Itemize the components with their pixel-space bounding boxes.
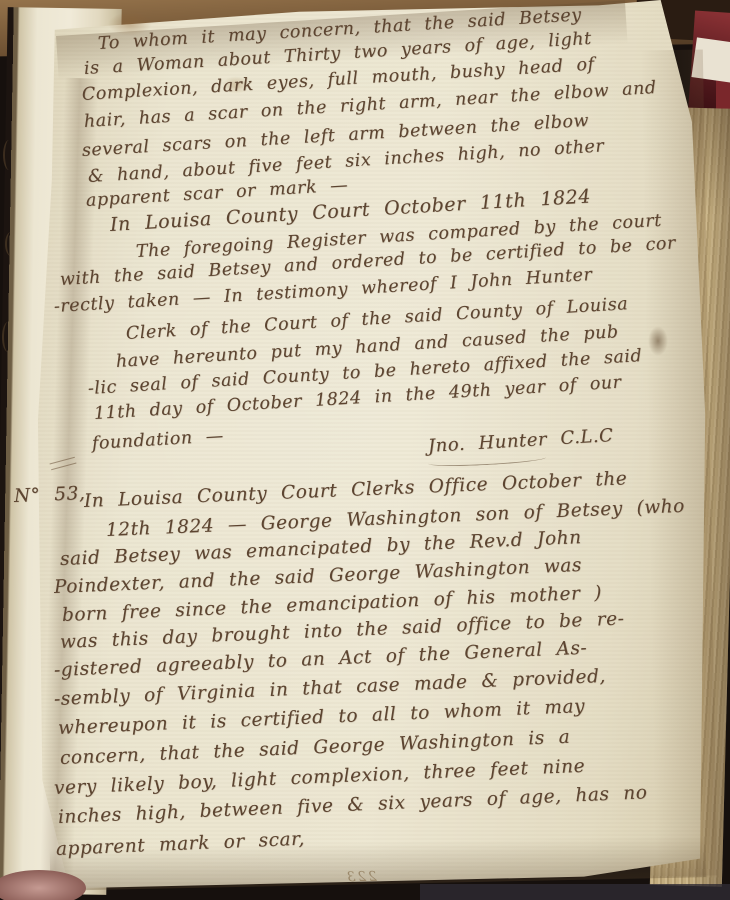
page-number-bleedthrough: 223: [345, 869, 377, 886]
ghost-writing-mark: [5, 232, 17, 256]
bottom-surface: [420, 884, 730, 900]
ghost-writing-mark: [3, 140, 15, 170]
entry-number: N° 53,: [14, 485, 86, 506]
manuscript-photo: To whom it may concern, that the said Be…: [0, 0, 730, 900]
paper-stain: [648, 326, 668, 356]
ghost-writing-mark: [2, 322, 14, 352]
